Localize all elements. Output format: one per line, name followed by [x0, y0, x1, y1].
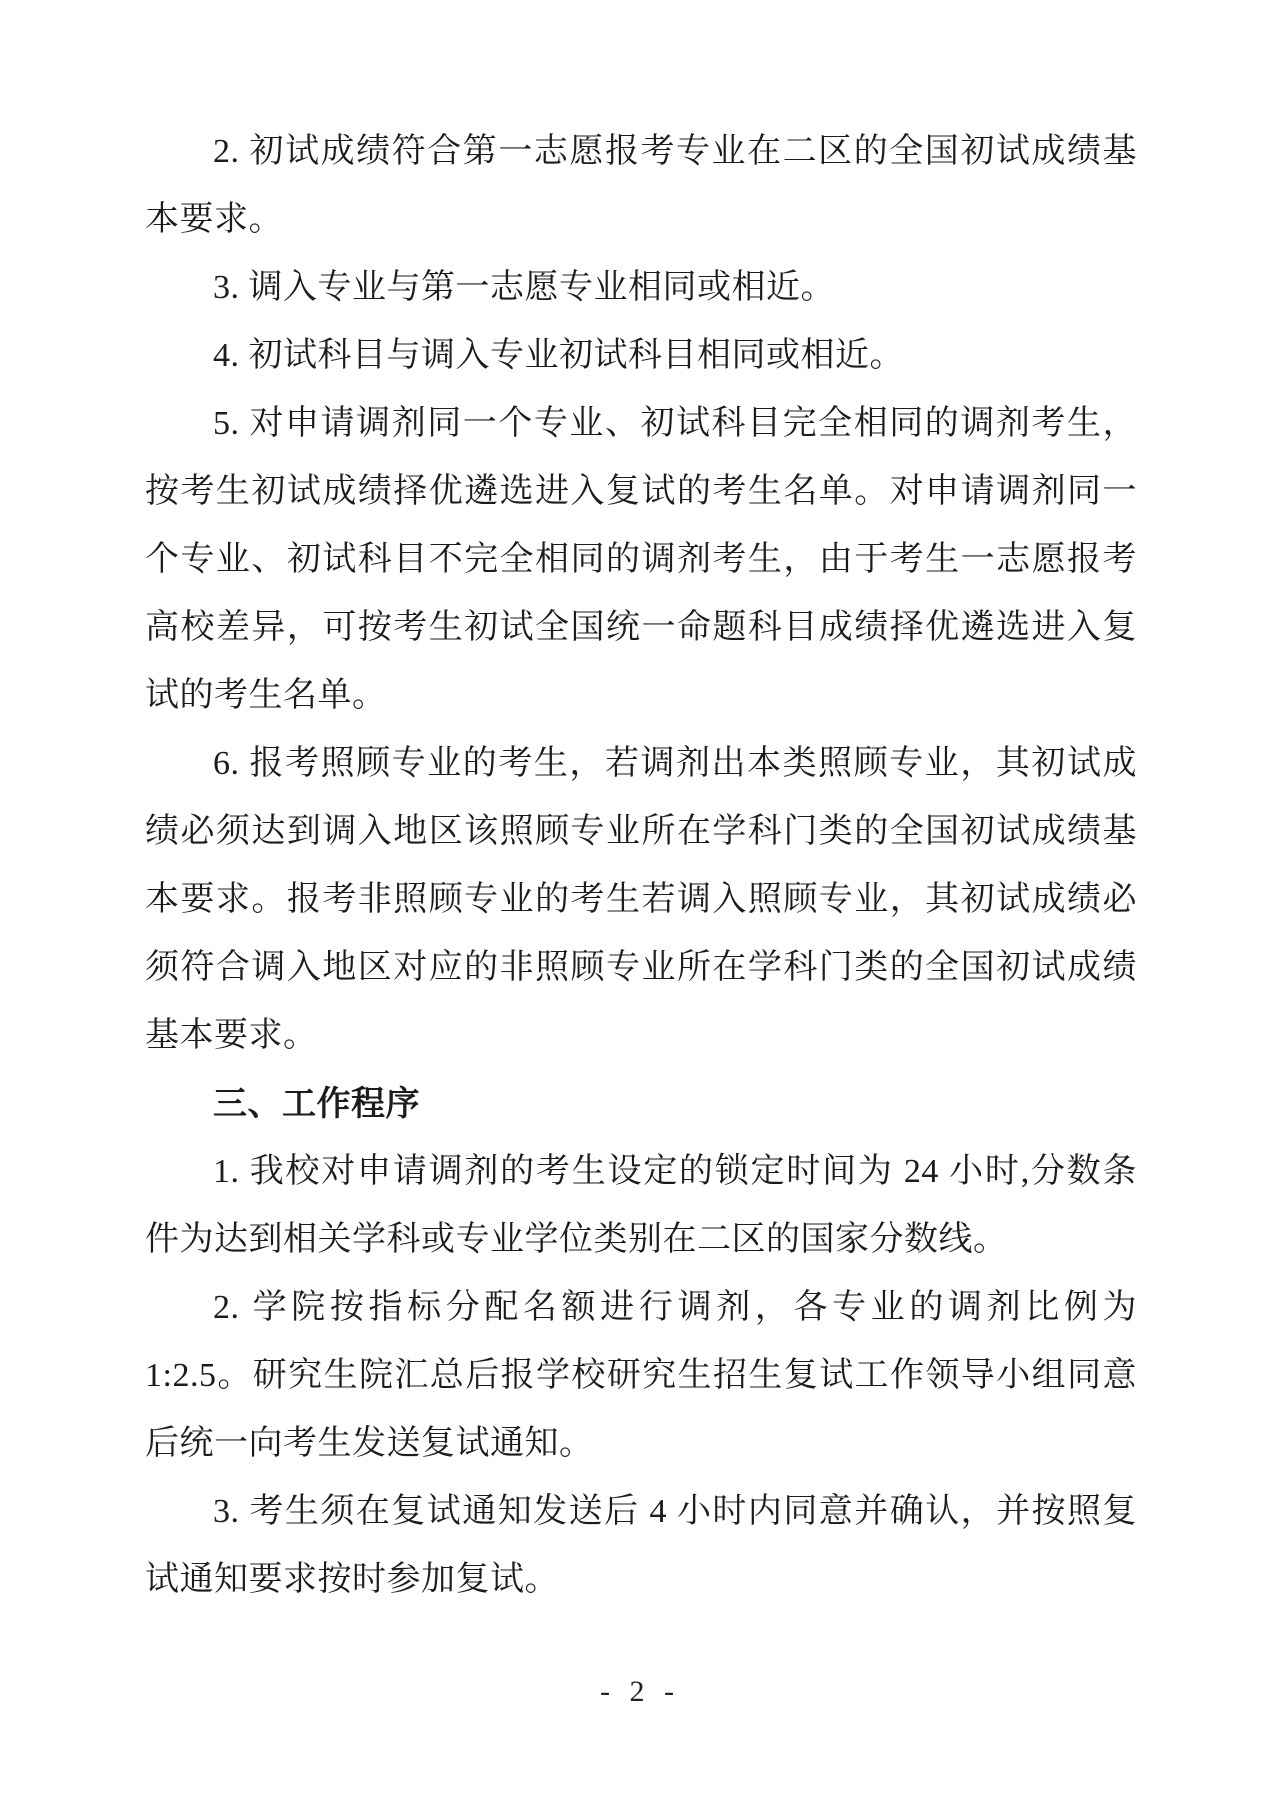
- page-number: - 2 -: [0, 1672, 1280, 1712]
- paragraph: 3. 调入专业与第一志愿专业相同或相近。: [145, 254, 1137, 322]
- paragraph: 2. 初试成绩符合第一志愿报考专业在二区的全国初试成绩基本要求。: [145, 118, 1137, 254]
- paragraph: 4. 初试科目与调入专业初试科目相同或相近。: [145, 322, 1137, 390]
- section-heading: 三、工作程序: [145, 1070, 1137, 1138]
- document-page: 2. 初试成绩符合第一志愿报考专业在二区的全国初试成绩基本要求。3. 调入专业与…: [0, 0, 1280, 1811]
- paragraph: 1. 我校对申请调剂的考生设定的锁定时间为 24 小时,分数条件为达到相关学科或…: [145, 1138, 1137, 1274]
- paragraphs: 2. 初试成绩符合第一志愿报考专业在二区的全国初试成绩基本要求。3. 调入专业与…: [145, 118, 1137, 1614]
- paragraph: 5. 对申请调剂同一个专业、初试科目完全相同的调剂考生，按考生初试成绩择优遴选进…: [145, 390, 1137, 730]
- paragraph: 3. 考生须在复试通知发送后 4 小时内同意并确认，并按照复试通知要求按时参加复…: [145, 1478, 1137, 1614]
- paragraph: 6. 报考照顾专业的考生，若调剂出本类照顾专业，其初试成绩必须达到调入地区该照顾…: [145, 730, 1137, 1070]
- paragraph: 2. 学院按指标分配名额进行调剂，各专业的调剂比例为 1:2.5。研究生院汇总后…: [145, 1274, 1137, 1478]
